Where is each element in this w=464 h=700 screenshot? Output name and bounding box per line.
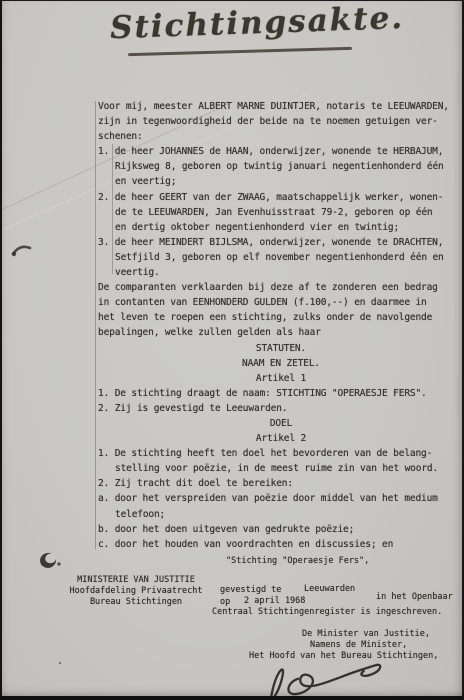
date-prefix: op [220,597,230,608]
body-line: zijn in tegenwoordigheid der beide na te… [98,114,464,129]
section-heading: STATUTEN. [98,341,464,356]
ministry-stamp-line: Bureau Stichtingen [60,597,212,608]
minister-title-line: Namens de Minister, [310,640,407,651]
body-line: de te LEEUWARDEN, Jan Evenhuisstraat 79-… [98,205,464,220]
document-title: Stichtingsakte. [109,0,410,46]
body-line: b. door het doen uitgeven van gedrukte p… [98,522,464,537]
body-line: in contanten van EENHONDERD GULDEN (f.10… [98,295,464,310]
minister-title-line: Het Hoofd van het Bureau Stichtingen, [249,651,438,662]
body-line: telefoon; [98,507,464,522]
margin-ink-mark [10,241,36,259]
body-line: 1. de heer JOHANNES de HAAN, onderwijzer… [98,144,464,159]
body-line: 1. De stichting heeft ten doel het bevor… [98,446,464,461]
body-line: 1. De stichting draagt de naam: STICHTIN… [98,386,464,401]
ink-blot-mark [38,550,64,572]
body-line: stelling voor poëzie, in de meest ruime … [98,461,464,476]
registered-place: Leeuwarden [304,584,355,595]
section-heading: NAAM EN ZETEL. [98,356,464,371]
body-line: De comparanten verklaarden bij deze af t… [98,280,464,295]
body-line: 2. Zij tracht dit doel te bereiken: [98,476,464,491]
body-line: 2. Zij is gevestigd te Leeuwarden. [98,401,464,416]
article-heading: Artikel 2 [98,431,464,446]
body-line: het leven te roepen een stichting, zulks… [98,310,464,325]
scanned-deed-page: Stichtingsakte. Voor mij, meester ALBERT… [0,0,464,700]
foundation-name-note: "Stichting "Operaesje Fers", [226,556,369,567]
body-line: Rijksweg 8, geboren op twintig januari n… [98,159,464,174]
ministry-stamp-line: Hoofdafdeling Privaatrecht [60,586,212,597]
body-line: en dertig oktober negentienhonderd vier … [98,220,464,235]
registration-date: 2 april 1968 [244,596,305,607]
minister-title-line: De Minister van Justitie, [302,629,430,640]
body-line: a. door het verspreiden van poëzie door … [98,491,464,506]
speck-mark [59,662,61,664]
body-line: Voor mij, meester ALBERT MARNE DUINTJER,… [98,99,464,114]
register-note-1: in het Openbaar [376,592,453,603]
body-line: veertig. [98,265,464,280]
body-line: schenen: [98,129,464,144]
margin-fold-line [95,101,96,549]
ministry-stamp-line: MINISTERIE VAN JUSTITIE [60,575,212,586]
section-heading: DOEL [98,416,464,431]
body-line: 2. de heer GEERT van der ZWAAG, maatscha… [98,190,464,205]
body-line: bepalingen, welke zullen gelden als haar [98,325,464,340]
body-line: en veertig; [98,174,464,189]
title-underline [128,47,352,56]
body-line: Setfjild 3, geboren op elf november nege… [98,250,464,265]
body-line: c. door het houden van voordrachten en d… [98,537,464,552]
body-line: 3. de heer MEINDERT BIJLSMA, onderwijzer… [98,235,464,250]
deed-body-text: Voor mij, meester ALBERT MARNE DUINTJER,… [98,99,464,552]
register-note-2: Centraal Stichtingenregister is ingeschr… [212,607,442,618]
ministry-stamp: MINISTERIE VAN JUSTITIE Hoofdafdeling Pr… [60,575,212,609]
article-heading: Artikel 1 [98,371,464,386]
registered-prefix: gevestigd te [220,585,281,596]
